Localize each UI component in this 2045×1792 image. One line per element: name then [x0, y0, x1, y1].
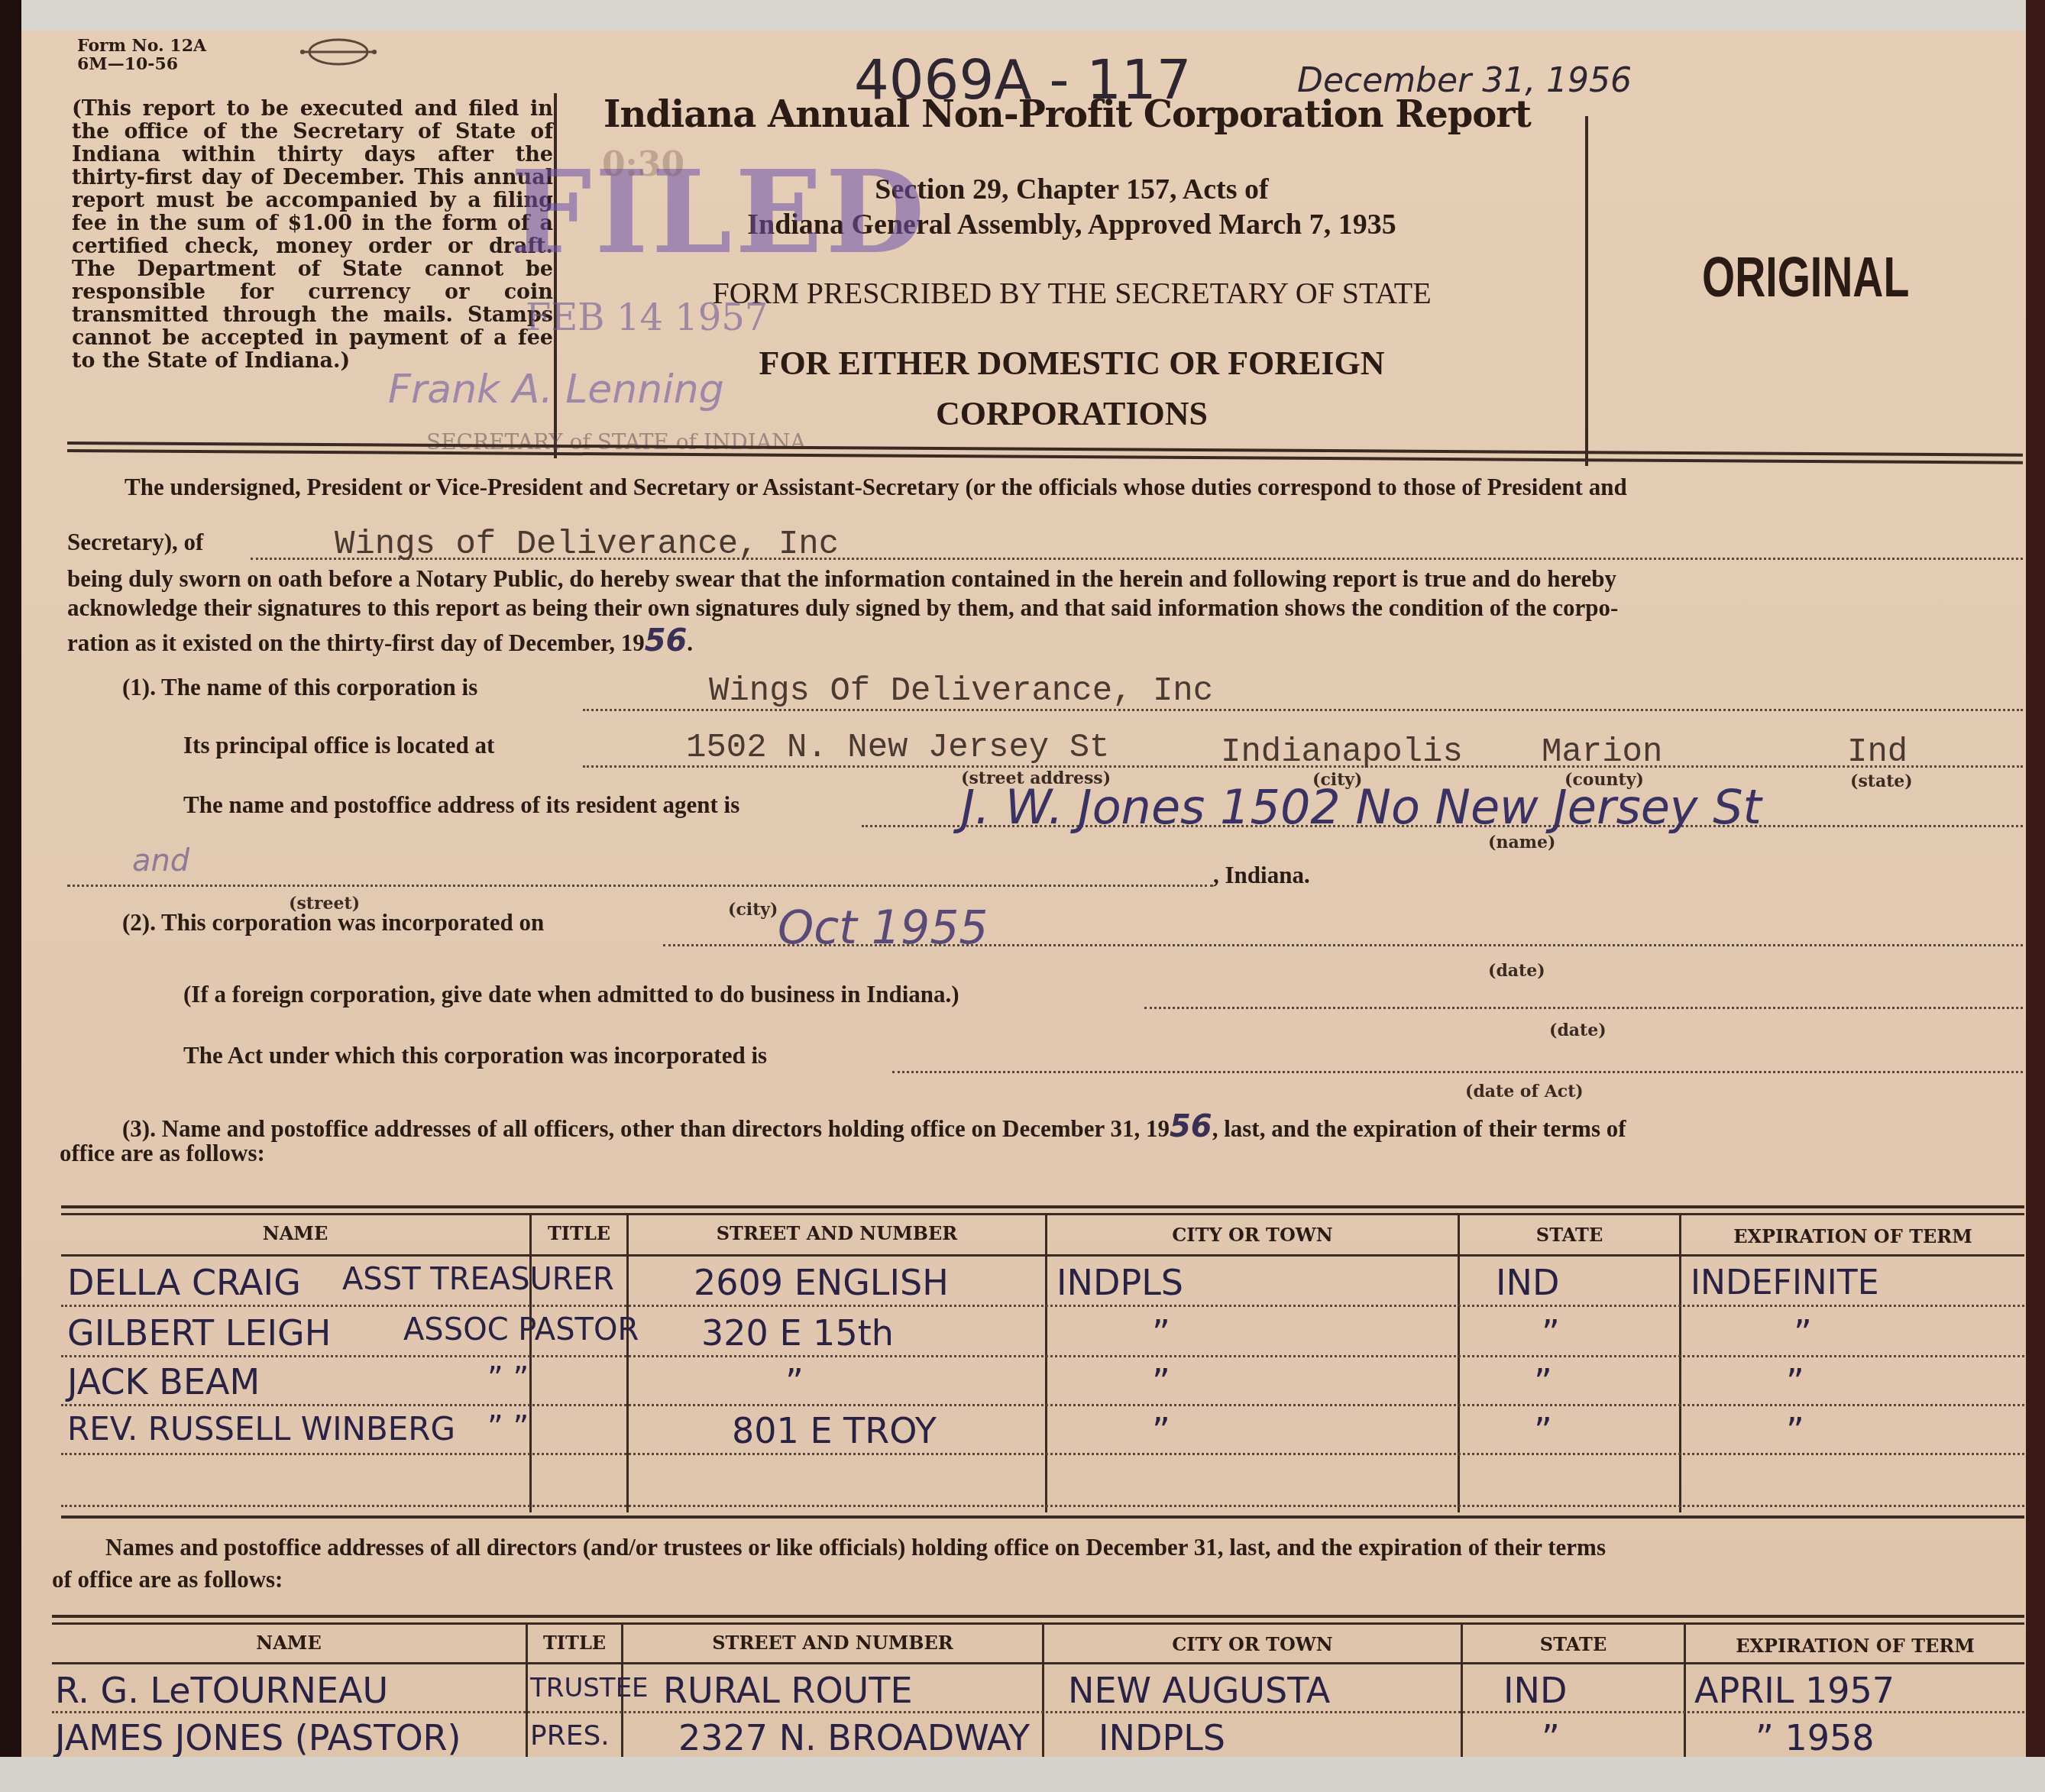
- officers-row-line-4: [61, 1453, 2024, 1455]
- oath-line-2-prefix: Secretary), of: [67, 529, 203, 556]
- officer-name[interactable]: REV. RUSSELL WINBERG: [67, 1410, 455, 1448]
- officer-city[interactable]: ”: [1152, 1312, 1170, 1354]
- union-label-icon: [296, 35, 380, 69]
- director-expiration[interactable]: ” 1958: [1755, 1717, 1875, 1758]
- officer-state[interactable]: ”: [1542, 1312, 1560, 1354]
- item1-name-label: (1). The name of this corporation is: [122, 674, 477, 701]
- officers-header-street: STREET AND NUMBER: [629, 1222, 1045, 1244]
- director-state[interactable]: ”: [1542, 1717, 1560, 1758]
- director-title[interactable]: PRES.: [530, 1720, 610, 1752]
- officer-street[interactable]: 801 E TROY: [732, 1410, 937, 1451]
- oath-line-3: being duly sworn on oath before a Notary…: [67, 565, 1616, 593]
- oath-year-field[interactable]: 56: [645, 623, 688, 658]
- director-state[interactable]: IND: [1503, 1670, 1567, 1711]
- directors-header-expiration: EXPIRATION OF TERM: [1686, 1635, 2024, 1657]
- background-bottom: [0, 1757, 2045, 1792]
- form-number: Form No. 12A 6M—10-56: [77, 37, 206, 73]
- office-county-field[interactable]: Marion: [1542, 733, 1662, 771]
- item3-intro-line-1: (3). Name and postoffice addresses of al…: [122, 1109, 1626, 1144]
- officers-row-line-1: [61, 1305, 2024, 1307]
- officers-header-name: NAME: [61, 1222, 529, 1244]
- act-date-field[interactable]: [892, 1071, 2023, 1073]
- director-name[interactable]: R. G. LeTOURNEAU: [55, 1670, 388, 1711]
- officer-title[interactable]: ” ”: [487, 1361, 529, 1396]
- officer-title[interactable]: ASSOC PASTOR: [403, 1312, 639, 1347]
- background-top: [0, 0, 2045, 31]
- officers-row-line-2: [61, 1355, 2024, 1357]
- state-caption: (state): [1850, 771, 1913, 791]
- officers-table-top-rule-1: [61, 1205, 2024, 1208]
- directors-header-name: NAME: [52, 1632, 526, 1654]
- officer-expiration[interactable]: ”: [1786, 1361, 1804, 1402]
- background-right: [2026, 0, 2045, 1792]
- header-rule-1: [67, 442, 2023, 457]
- directors-header-street: STREET AND NUMBER: [623, 1632, 1042, 1654]
- officers-header-expiration: EXPIRATION OF TERM: [1681, 1225, 2024, 1247]
- officer-name[interactable]: JACK BEAM: [67, 1361, 260, 1402]
- item3-intro-line-2: office are as follows:: [60, 1140, 265, 1167]
- officer-name[interactable]: GILBERT LEIGH: [67, 1312, 331, 1354]
- officers-table-top-rule-2: [61, 1213, 2024, 1215]
- director-name[interactable]: JAMES JONES (PASTOR): [55, 1717, 461, 1758]
- item2-act-label: The Act under which this corporation was…: [183, 1042, 767, 1069]
- item1-agent-street-line: [67, 885, 1213, 887]
- item2-foreign-label: (If a foreign corporation, give date whe…: [183, 981, 959, 1008]
- corporation-name-field[interactable]: Wings Of Deliverance, Inc: [709, 672, 1213, 710]
- item3-intro-prefix: (3). Name and postoffice addresses of al…: [122, 1115, 1170, 1142]
- officers-col-divider-2: [626, 1215, 629, 1512]
- officers-table-bottom-rule: [61, 1515, 2024, 1519]
- stamp-office: SECRETARY of STATE of INDIANA: [426, 429, 806, 454]
- director-city[interactable]: INDPLS: [1099, 1717, 1225, 1758]
- agent-name-caption: (name): [1488, 833, 1555, 852]
- oath-corporation-field[interactable]: Wings of Deliverance, Inc: [335, 526, 839, 564]
- officer-state[interactable]: ”: [1534, 1410, 1552, 1451]
- director-city[interactable]: NEW AUGUSTA: [1068, 1670, 1330, 1711]
- officer-name[interactable]: DELLA CRAIG: [67, 1262, 301, 1303]
- copy-label: ORIGINAL: [1702, 244, 1909, 309]
- director-title[interactable]: TRUSTEE: [530, 1673, 649, 1703]
- item1-office-label: Its principal office is located at: [183, 732, 494, 759]
- officers-row-line-5: [61, 1505, 2024, 1507]
- officer-street[interactable]: 2609 ENGLISH: [694, 1262, 949, 1303]
- incorporation-date-field[interactable]: Oct 1955: [778, 901, 989, 955]
- officer-state[interactable]: ”: [1534, 1361, 1552, 1402]
- oath-line-4: acknowledge their signatures to this rep…: [67, 594, 1618, 622]
- officer-city[interactable]: INDPLS: [1056, 1262, 1183, 1303]
- officer-street[interactable]: 320 E 15th: [701, 1312, 894, 1354]
- officers-col-divider-5: [1679, 1215, 1681, 1512]
- directors-header-state: STATE: [1463, 1633, 1684, 1655]
- director-street[interactable]: RURAL ROUTE: [663, 1670, 912, 1711]
- document-page: Form No. 12A 6M—10-56 (This report to be…: [21, 31, 2026, 1758]
- stamp-date: FEB 14 1957: [526, 296, 768, 339]
- indiana-suffix: , Indiana.: [1213, 862, 1310, 889]
- officers-col-divider-4: [1458, 1215, 1460, 1512]
- item2-incorporated-label: (2). This corporation was incorporated o…: [122, 909, 544, 936]
- officer-expiration[interactable]: ”: [1794, 1312, 1812, 1354]
- officers-header-city: CITY OR TOWN: [1047, 1224, 1458, 1246]
- office-city-field[interactable]: Indianapolis: [1221, 733, 1463, 771]
- incorporated-date-caption: (date): [1488, 961, 1545, 981]
- directors-table-top-rule-2: [52, 1622, 2024, 1625]
- officer-title[interactable]: ” ”: [487, 1410, 529, 1445]
- filing-instructions: (This report to be executed and filed in…: [72, 98, 553, 373]
- agent-second-line-field[interactable]: and: [132, 843, 189, 878]
- oath-line-5: ration as it existed on the thirty-first…: [67, 623, 693, 658]
- officer-title[interactable]: ASST TREASURER: [342, 1262, 614, 1297]
- officer-expiration[interactable]: ”: [1786, 1410, 1804, 1451]
- director-expiration[interactable]: APRIL 1957: [1694, 1670, 1895, 1711]
- oath-line-1: The undersigned, President or Vice-Presi…: [125, 474, 1627, 501]
- officers-header-title: TITLE: [532, 1222, 626, 1244]
- item1-agent-label: The name and postoffice address of its r…: [183, 791, 739, 819]
- officer-street[interactable]: ”: [785, 1361, 804, 1402]
- officers-table-header-rule: [61, 1254, 2024, 1257]
- form-title: Indiana Annual Non-Profit Corporation Re…: [603, 93, 1531, 136]
- officers-row-line-3: [61, 1404, 2024, 1406]
- directors-table-header-rule: [52, 1662, 2024, 1664]
- form-number-text: Form No. 12A: [77, 37, 206, 55]
- oath-line-5-prefix: ration as it existed on the thirty-first…: [67, 629, 645, 656]
- foreign-date-field[interactable]: [1144, 1007, 2023, 1009]
- city-caption-2: (city): [728, 900, 778, 920]
- officers-col-divider-3: [1045, 1215, 1047, 1512]
- directors-header-city: CITY OR TOWN: [1044, 1633, 1461, 1655]
- officers-col-divider-1: [529, 1215, 532, 1512]
- directors-row-line-1: [52, 1711, 2024, 1713]
- directors-header-title: TITLE: [528, 1632, 621, 1654]
- office-state-field[interactable]: Ind: [1847, 733, 1907, 771]
- directors-table-top-rule-1: [52, 1615, 2024, 1618]
- filed-stamp: FILED: [510, 145, 928, 280]
- stamp-time: 0:30: [602, 145, 684, 184]
- act-date-caption: (date of Act): [1465, 1082, 1584, 1101]
- director-street[interactable]: 2327 N. BROADWAY: [678, 1717, 1030, 1758]
- directors-intro-line-2: of office are as follows:: [52, 1566, 283, 1593]
- stamp-signature: Frank A. Lenning: [388, 367, 724, 412]
- officer-city[interactable]: ”: [1152, 1361, 1170, 1402]
- officer-expiration[interactable]: INDEFINITE: [1691, 1263, 1878, 1302]
- officer-city[interactable]: ”: [1152, 1410, 1170, 1451]
- directors-intro-line-1: Names and postoffice addresses of all di…: [105, 1534, 1606, 1561]
- office-street-field[interactable]: 1502 N. New Jersey St: [686, 729, 1110, 767]
- resident-agent-field[interactable]: J. W. Jones 1502 No New Jersey St: [961, 779, 1762, 835]
- officers-header-state: STATE: [1460, 1224, 1679, 1246]
- item3-year-field[interactable]: 56: [1170, 1109, 1212, 1144]
- foreign-date-caption: (date): [1549, 1021, 1607, 1040]
- print-code: 6M—10-56: [77, 55, 206, 73]
- background-left: [0, 0, 21, 1792]
- item3-intro-suffix: , last, and the expiration of their term…: [1212, 1115, 1626, 1142]
- officer-state[interactable]: IND: [1496, 1262, 1559, 1303]
